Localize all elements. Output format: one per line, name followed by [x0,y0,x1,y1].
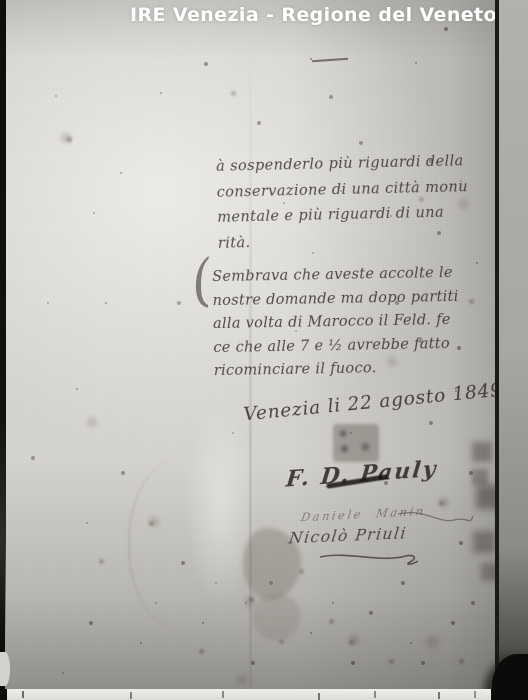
adjacent-page-edge [499,0,528,700]
page-corner-curl [0,652,10,686]
page-stack-ticks [22,691,24,698]
stamp-blot [333,424,379,462]
handwritten-line: ricominciare il fuoco. [214,356,460,384]
signature-3-flourish [318,549,422,567]
page-stack-edge [7,689,491,700]
right-margin-blotches [470,418,478,426]
paragraph-1: à sospenderlo più riguardi della conserv… [216,149,469,257]
paragraph-2: Sembrava che aveste accolte le nostre do… [212,262,460,384]
archive-watermark-title: IRE Venezia - Regione del Veneto [130,4,497,26]
scanned-manuscript: IRE Venezia - Regione del Veneto à sospe… [0,0,528,700]
water-stain-edge [128,458,240,630]
signature-2-flourish [396,502,476,534]
gray-stain-lower [252,594,300,640]
binding-edge [0,0,6,676]
